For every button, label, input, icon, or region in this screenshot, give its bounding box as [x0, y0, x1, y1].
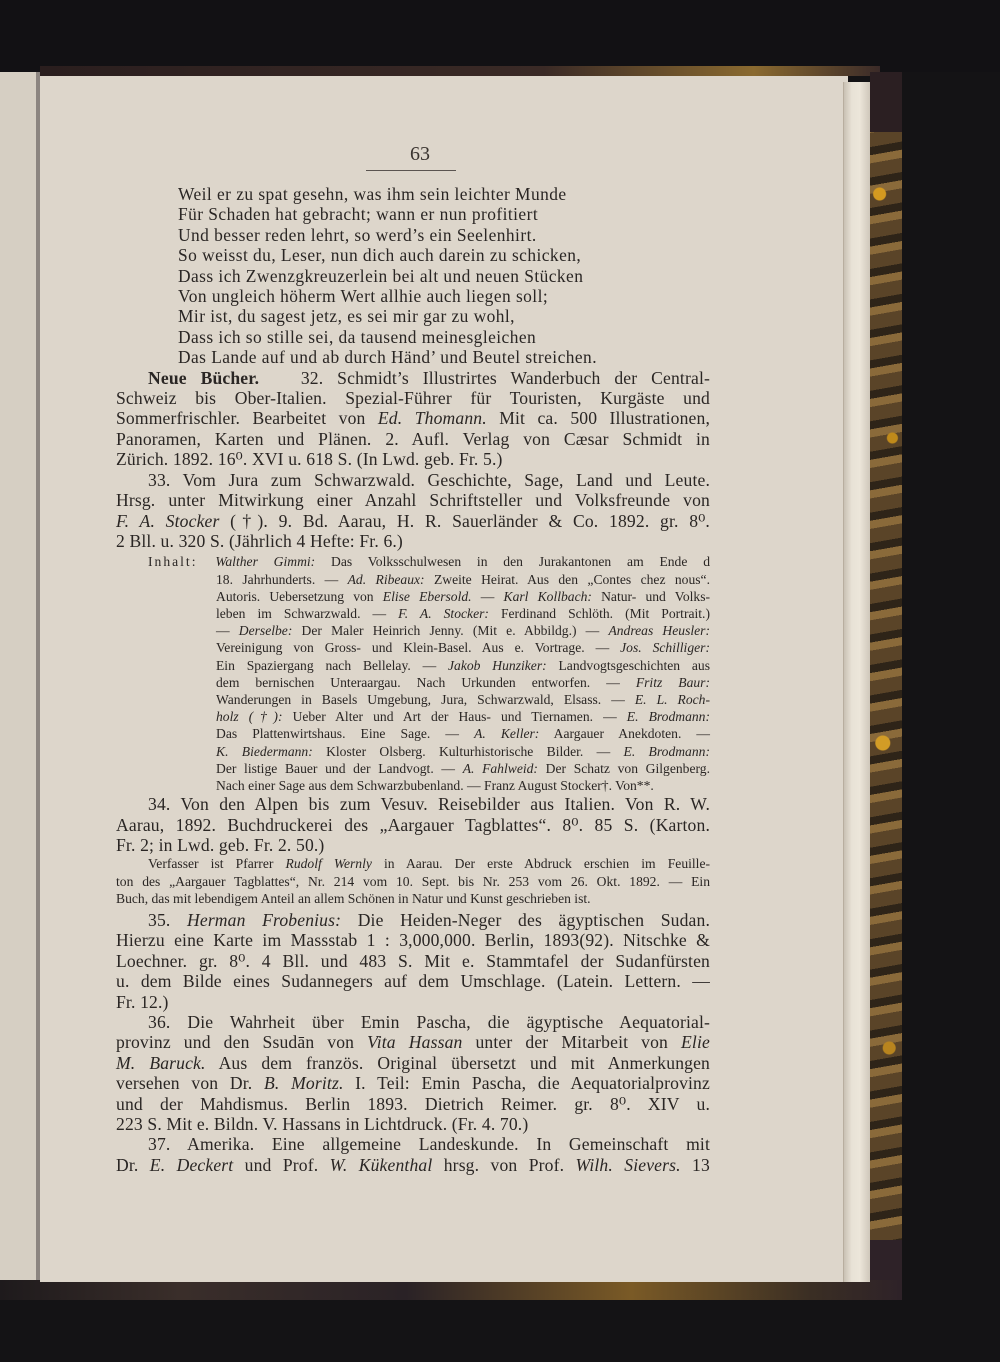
contents-line: holz (†): Ueber Alter und Art der Haus- … [116, 708, 710, 725]
contents-line: Wanderungen in Basels Umgebung, Jura, Sc… [116, 691, 710, 708]
contents-line: Vereinigung von Gross- und Klein-Basel. … [116, 639, 710, 656]
entry-35: 35. Herman Frobenius: Die Heiden-Neger d… [116, 910, 710, 1012]
entry-line: Hrsg. unter Mitwirkung einer Anzahl Schr… [116, 490, 710, 510]
entry-note: ton des „Aargauer Tagblattes“, Nr. 214 v… [116, 873, 710, 890]
entry-note: Buch, das mit lebendigem Anteil an allem… [116, 890, 710, 907]
entry-line: 34. Von den Alpen bis zum Vesuv. Reisebi… [116, 794, 710, 814]
entry-line: Schweiz bis Ober-Italien. Spezial-Führer… [116, 388, 710, 408]
contents-line: 18. Jahrhunderts. — Ad. Ribeaux: Zweite … [116, 571, 710, 588]
entry-line: versehen von Dr. B. Moritz. I. Teil: Emi… [116, 1073, 710, 1093]
entry-34: 34. Von den Alpen bis zum Vesuv. Reisebi… [116, 794, 710, 907]
entry-line: 223 S. Mit e. Bildn. V. Hassans in Licht… [116, 1114, 710, 1134]
verse-block: Weil er zu spat gesehn, was ihm sein lei… [178, 184, 710, 368]
contents-line: Der listige Bauer und der Landvogt. — A.… [116, 760, 710, 777]
entry-line: 33. Vom Jura zum Schwarzwald. Geschichte… [116, 470, 710, 490]
entry-33: 33. Vom Jura zum Schwarzwald. Geschichte… [116, 470, 710, 794]
entry-line: u. dem Bilde eines Sudannegers auf dem U… [116, 971, 710, 991]
page-stack-edge [843, 82, 870, 1282]
verse-line: Dass ich Zwenzgkreuzerlein bei alt und n… [178, 266, 710, 286]
book-cover-top [0, 0, 1000, 72]
contents-label: Inhalt: [148, 554, 215, 569]
contents-line: K. Biedermann: Kloster Olsberg. Kulturhi… [116, 743, 710, 760]
verse-line: Weil er zu spat gesehn, was ihm sein lei… [178, 184, 710, 204]
page-number-rule [366, 170, 456, 171]
contents-line: Autoris. Uebersetzung von Elise Ebersold… [116, 588, 710, 605]
entry-37: 37. Amerika. Eine allgemeine Landeskunde… [116, 1134, 710, 1175]
contents-line: Inhalt: Walther Gimmi: Das Volksschulwes… [116, 553, 710, 570]
verse-line: Dass ich so stille sei, da tausend meine… [178, 327, 710, 347]
contents-line: — Derselbe: Der Maler Heinrich Jenny. (M… [116, 622, 710, 639]
marbled-board-right [870, 72, 902, 1292]
entry-line: 36. Die Wahrheit über Emin Pascha, die ä… [116, 1012, 710, 1032]
entry-33-contents: Inhalt: Walther Gimmi: Das Volksschulwes… [116, 553, 710, 794]
entry-note: Verfasser ist Pfarrer Rudolf Wernly in A… [116, 855, 710, 872]
entry-line: Dr. E. Deckert und Prof. W. Kükenthal hr… [116, 1155, 710, 1175]
verse-line: Mir ist, du sagest jetz, es sei mir gar … [178, 306, 710, 326]
page-text: Weil er zu spat gesehn, was ihm sein lei… [116, 184, 710, 1175]
entry-line: M. Baruck. Aus dem französ. Original übe… [116, 1053, 710, 1073]
verse-line: Das Lande auf und ab durch Händ’ und Beu… [178, 347, 710, 367]
entry-line: Aarau, 1892. Buchdruckerei des „Aargauer… [116, 815, 710, 835]
entry-line: Fr. 12.) [116, 992, 710, 1012]
entry-line: 2 Bll. u. 320 S. (Jährlich 4 Hefte: Fr. … [116, 531, 710, 551]
leather-corner-top [870, 72, 902, 132]
page-number: 63 [380, 143, 460, 166]
entry-line: Hierzu eine Karte im Massstab 1 : 3,000,… [116, 930, 710, 950]
cover-edge-top [40, 66, 880, 76]
entry-line: Loechner. gr. 8⁰. 4 Bll. und 483 S. Mit … [116, 951, 710, 971]
entry-line: Sommerfrischler. Bearbeitet von Ed. Thom… [116, 408, 710, 428]
entry-line: 35. Herman Frobenius: Die Heiden-Neger d… [116, 910, 710, 930]
verse-line: Von ungleich höherm Wert allhie auch lie… [178, 286, 710, 306]
entry-36: 36. Die Wahrheit über Emin Pascha, die ä… [116, 1012, 710, 1134]
contents-line: dem bernischen Unteraargau. Nach Urkunde… [116, 674, 710, 691]
entry-32: Neue Bücher. 32. Schmidt’s Illustrirtes … [116, 368, 710, 470]
cover-edge-bottom [0, 1280, 902, 1300]
entry-line: provinz und den Ssudān von Vita Hassan u… [116, 1032, 710, 1052]
verse-line: So weisst du, Leser, nun dich auch darei… [178, 245, 710, 265]
previous-page-edge [0, 72, 40, 1284]
section-heading: Neue Bücher. [148, 368, 259, 388]
entry-line: Fr. 2; in Lwd. geb. Fr. 2. 50.) [116, 835, 710, 855]
contents-line: leben im Schwarzwald. — F. A. Stocker: F… [116, 605, 710, 622]
contents-line: Das Plattenwirtshaus. Eine Sage. — A. Ke… [116, 725, 710, 742]
verse-line: Für Schaden hat gebracht; wann er nun pr… [178, 204, 710, 224]
entry-line: Neue Bücher. 32. Schmidt’s Illustrirtes … [116, 368, 710, 388]
entry-line: und der Mahdismus. Berlin 1893. Dietrich… [116, 1094, 710, 1114]
contents-line: Ein Spaziergang nach Bellelay. — Jakob H… [116, 657, 710, 674]
verse-line: Und besser reden lehrt, so werd’s ein Se… [178, 225, 710, 245]
entry-line: Zürich. 1892. 16⁰. XVI u. 618 S. (In Lwd… [116, 449, 710, 469]
entry-line: F. A. Stocker (†). 9. Bd. Aarau, H. R. S… [116, 511, 710, 531]
contents-line: Nach einer Sage aus dem Schwarzbubenland… [116, 777, 710, 794]
entry-line: Panoramen, Karten und Plänen. 2. Aufl. V… [116, 429, 710, 449]
entry-line: 37. Amerika. Eine allgemeine Landeskunde… [116, 1134, 710, 1154]
